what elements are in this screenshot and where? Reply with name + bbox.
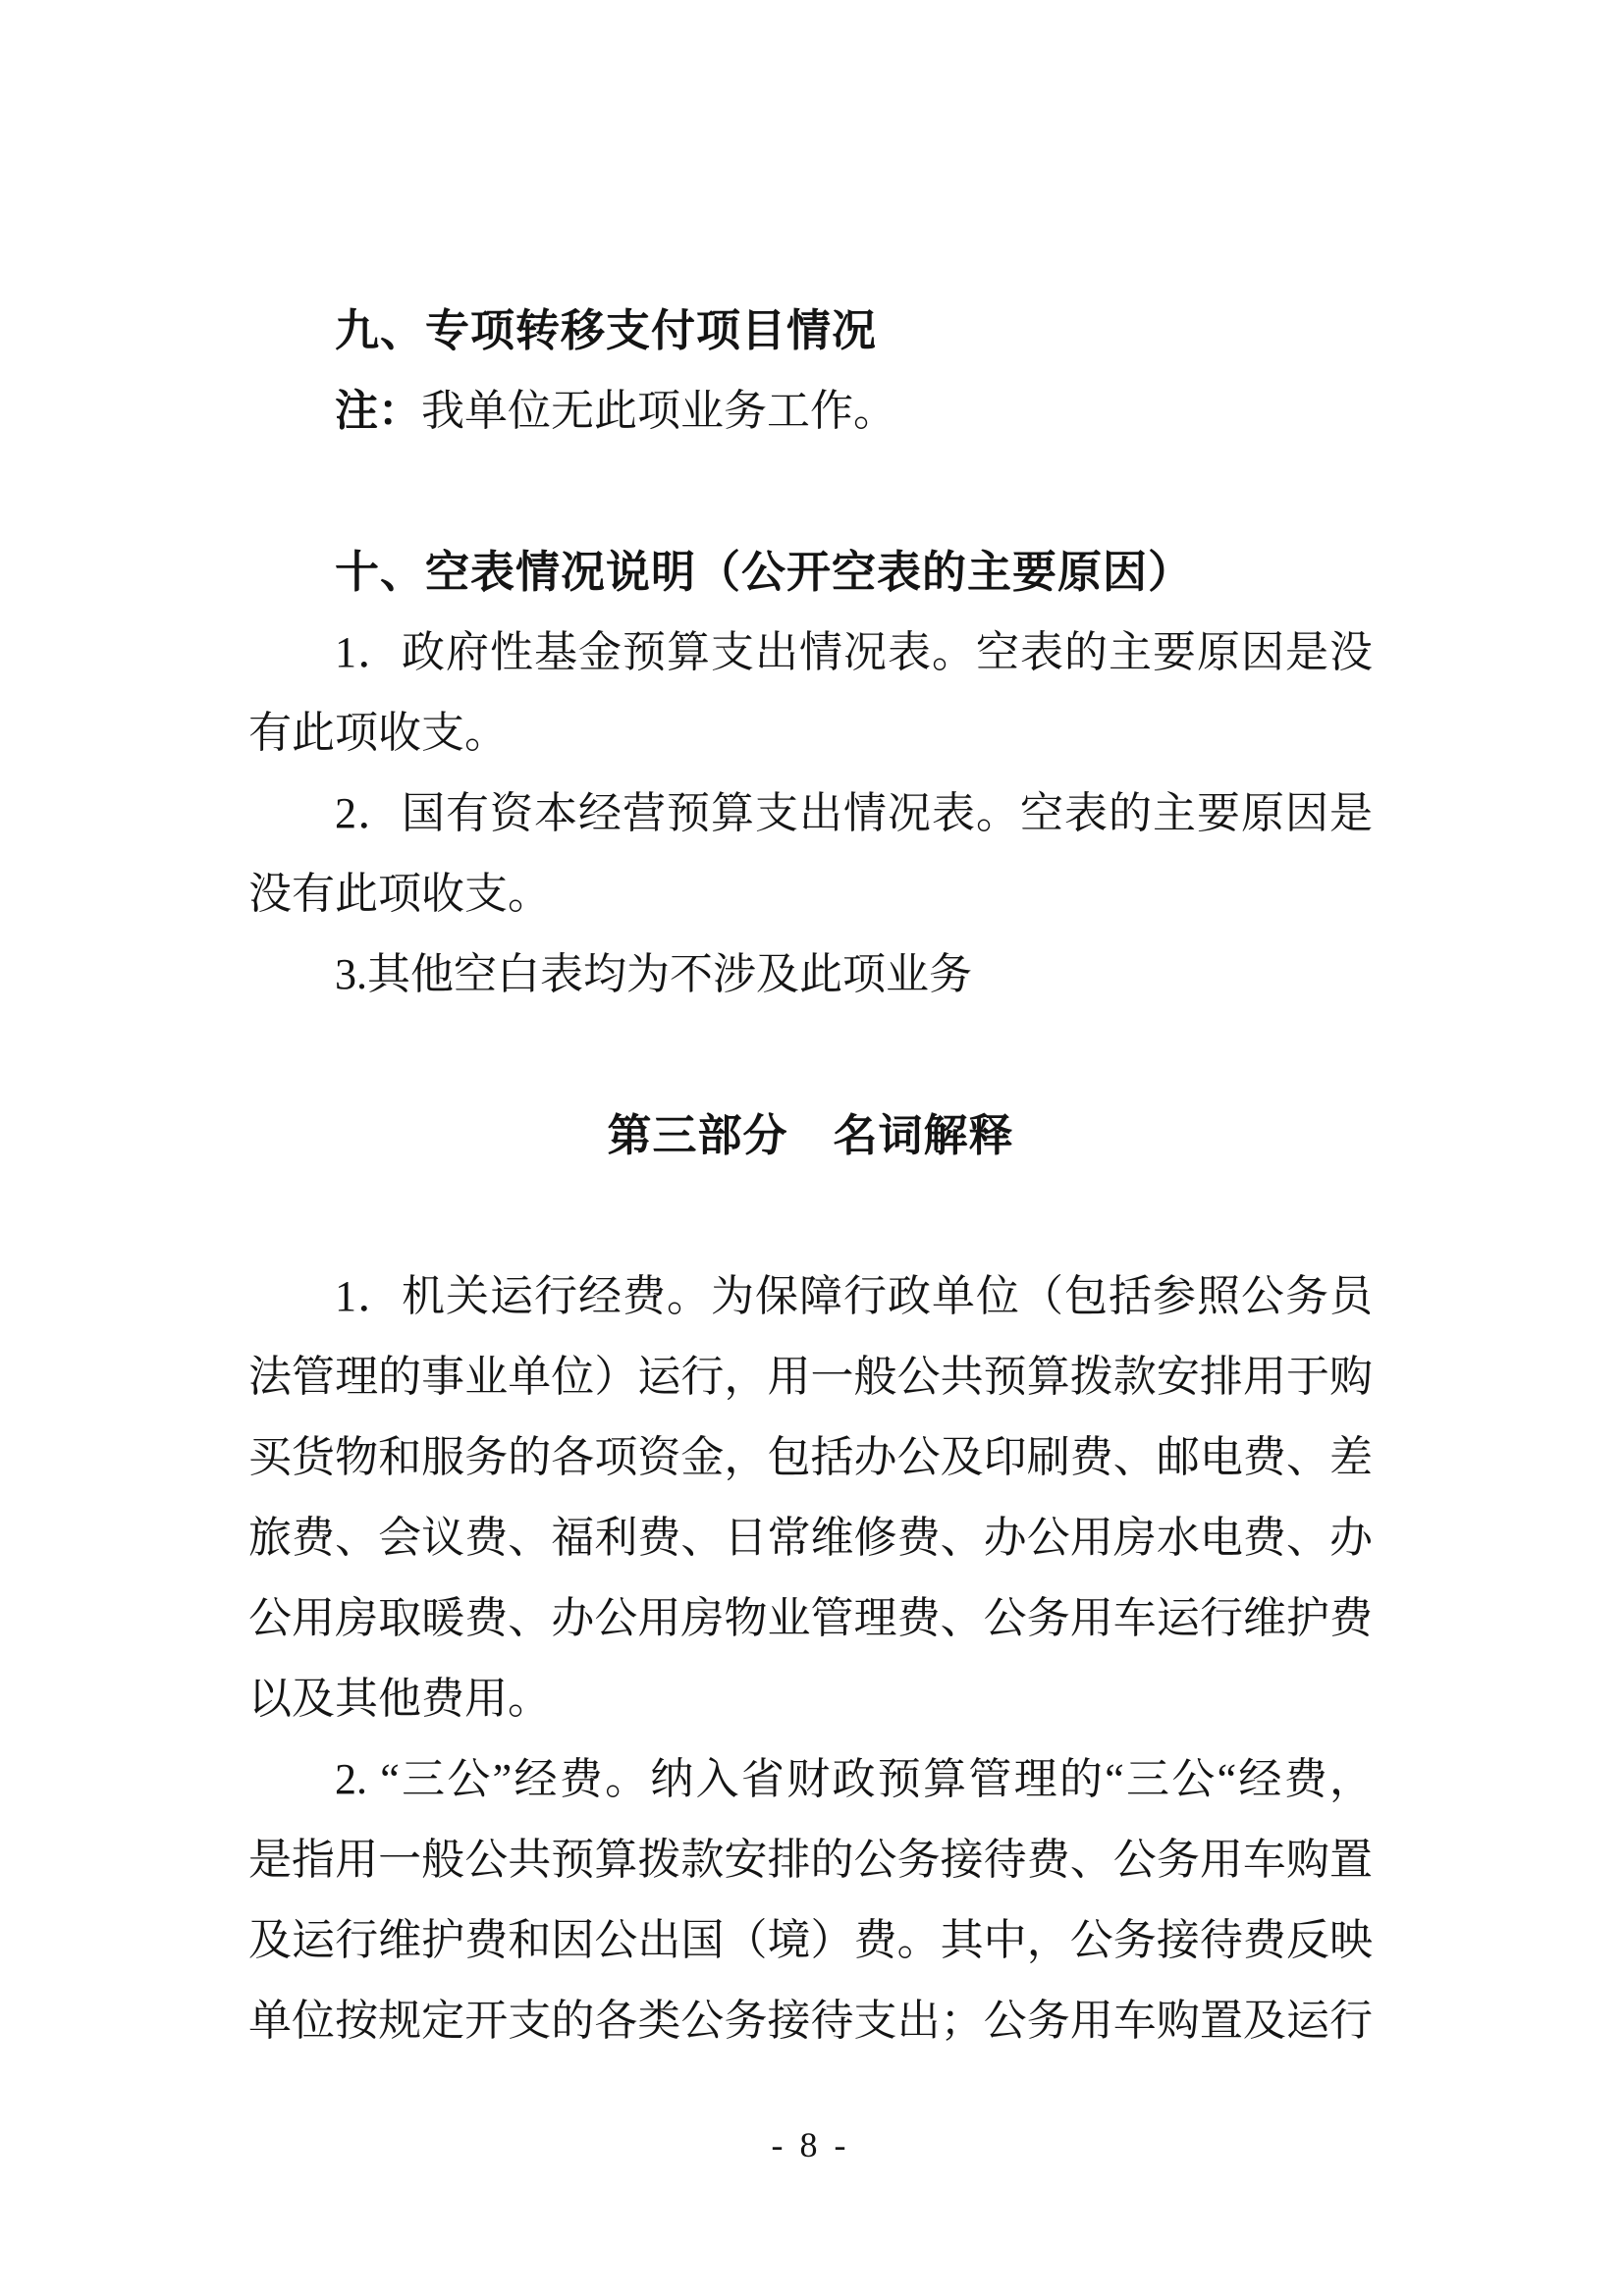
paragraph-line: 是指用一般公共预算拨款安排的公务接待费、公务用车购置 [248,1820,1373,1900]
blank-line [248,1176,1373,1256]
paragraph-line: 公用房取暖费、办公用房物业管理费、公务用车运行维护费 [248,1578,1373,1659]
list-item-line: 有此项收支。 [248,693,1373,774]
list-item-line: 没有此项收支。 [248,854,1373,934]
note-text: 我单位无此项业务工作。 [421,387,896,435]
page-content: 九、专项转移支付项目情况 注：我单位无此项业务工作。 十、空表情况说明（公开空表… [0,0,1624,2185]
paragraph-line: 2. “三公”经费。纳入省财政预算管理的“三公“经费， [248,1739,1373,1820]
page-number: - 8 - [248,2105,1373,2185]
paragraph-line: 及运行维护费和因公出国（境）费。其中，公务接待费反映 [248,1900,1373,1981]
section-nine-heading: 九、专项转移支付项目情况 [248,291,1373,371]
blank-line [248,1015,1373,1095]
blank-line [248,452,1373,532]
section-ten-heading: 十、空表情况说明（公开空表的主要原因） [248,532,1373,613]
paragraph-line: 单位按规定开支的各类公务接待支出；公务用车购置及运行 [248,1981,1373,2061]
paragraph-line: 旅费、会议费、福利费、日常维修费、办公用房水电费、办 [248,1498,1373,1578]
document-page: 九、专项转移支付项目情况 注：我单位无此项业务工作。 十、空表情况说明（公开空表… [0,0,1624,2185]
list-item-line: 1．政府性基金预算支出情况表。空表的主要原因是没 [248,613,1373,693]
paragraph-line: 以及其他费用。 [248,1659,1373,1739]
note-label: 注： [335,387,421,435]
list-item-line: 3.其他空白表均为不涉及此项业务 [248,934,1373,1015]
part-three-title: 第三部分 名词解释 [248,1095,1373,1176]
paragraph-line: 买货物和服务的各项资金，包括办公及印刷费、邮电费、差 [248,1417,1373,1498]
note-line: 注：我单位无此项业务工作。 [248,371,1373,452]
paragraph-line: 法管理的事业单位）运行，用一般公共预算拨款安排用于购 [248,1337,1373,1417]
list-item-line: 2．国有资本经营预算支出情况表。空表的主要原因是 [248,774,1373,854]
paragraph-line: 1．机关运行经费。为保障行政单位（包括参照公务员 [248,1256,1373,1337]
